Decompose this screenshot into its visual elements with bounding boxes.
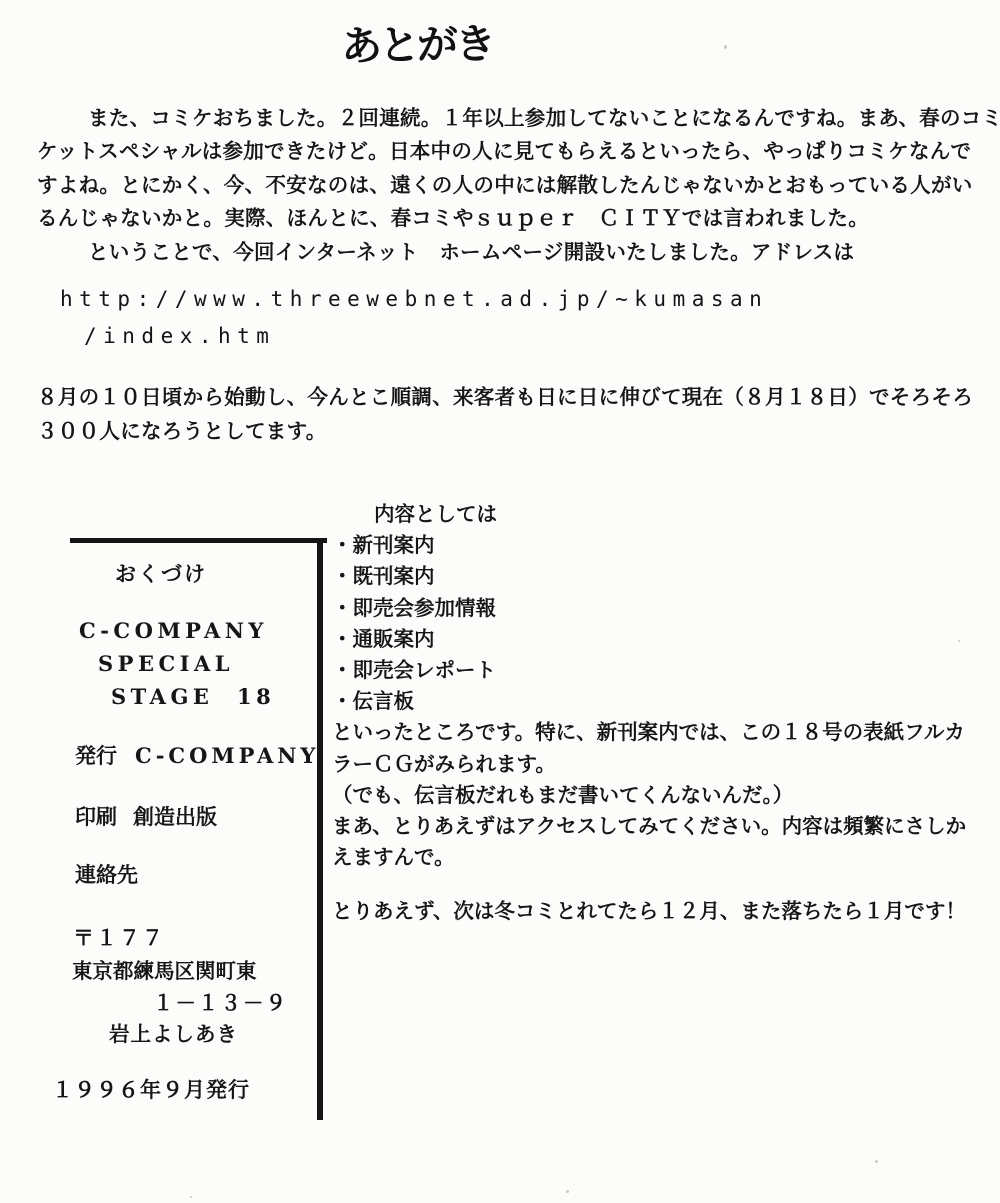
visitor-stats-paragraph: ８月の１０日頃から始動し、今んとこ順調、来客者も日に日に伸びて現在（８月１８日）… — [37, 380, 977, 448]
contents-note: ラーＣＧがみられます。 — [332, 749, 977, 780]
site-contents-section: 内容としては ・新刊案内 ・既刊案内 ・即売会参加情報 ・通販案内 ・即売会レポ… — [332, 499, 977, 928]
colophon-box-right-rule — [317, 538, 323, 1120]
homepage-url-line1: http://www.threewebnet.ad.jp/~kumasan — [60, 281, 768, 318]
homepage-url: http://www.threewebnet.ad.jp/~kumasan /i… — [60, 281, 768, 355]
address-line1: 東京都練馬区関町東 — [72, 954, 257, 984]
publisher-name: C-COMPANY — [135, 743, 319, 768]
colophon-box-top-rule — [70, 538, 327, 543]
contents-item: ・伝言板 — [332, 686, 977, 717]
intro-line: すよね。とにかく、今、不安なのは、遠くの人の中には解散したんじゃないかとおもって… — [37, 169, 977, 202]
contents-item: ・既刊案内 — [332, 561, 977, 592]
page-title: あとがき — [340, 11, 493, 73]
contact-label: 連絡先 — [75, 859, 138, 889]
intro-line: るんじゃないかと。実際、ほんとに、春コミやｓｕｐｅｒ ＣＩＴＹでは言われました。 — [37, 202, 977, 235]
scan-noise-speck — [875, 1160, 878, 1163]
contents-note: まあ、とりあえずはアクセスしてみてください。内容は頻繁にさしか — [332, 811, 977, 842]
intro-paragraph: また、コミケおちました。２回連続。１年以上参加してないことになるんですね。まあ、… — [37, 102, 977, 269]
scan-noise-speck — [190, 1196, 192, 1198]
contents-item: ・即売会レポート — [332, 655, 977, 686]
printer-label: 印刷 — [75, 804, 117, 829]
contents-item: ・通販案内 — [332, 624, 977, 655]
publisher-label: 発行 — [75, 743, 117, 768]
series-title-line3: STAGE 18 — [111, 684, 275, 709]
contents-note: えますんで。 — [332, 842, 977, 873]
contents-heading: 内容としては — [332, 499, 977, 530]
homepage-url-line2: /index.htm — [60, 318, 768, 355]
intro-line: ということで、今回インターネット ホームページ開設いたしました。アドレスは — [37, 236, 977, 269]
afterword-page: あとがき また、コミケおちました。２回連続。１年以上参加してないことになるんです… — [0, 0, 1000, 1203]
contents-note: （でも、伝言板だれもまだ書いてくんないんだ。） — [332, 780, 977, 811]
contents-item: ・即売会参加情報 — [332, 593, 977, 624]
contents-note: といったところです。特に、新刊案内では、この１８号の表紙フルカ — [332, 717, 977, 748]
stats-line: ８月の１０日頃から始動し、今んとこ順調、来客者も日に日に伸びて現在（８月１８日）… — [37, 380, 977, 414]
address-line2: １－１３－９ — [153, 986, 288, 1016]
printer-name: 創造出版 — [133, 804, 217, 829]
scan-noise-speck — [724, 45, 727, 49]
series-title-line2: SPECIAL — [98, 651, 234, 676]
colophon-label: おくづけ — [115, 558, 207, 588]
printer-row: 印刷創造出版 — [75, 801, 217, 831]
contents-item: ・新刊案内 — [332, 530, 977, 561]
postal-code: 〒１７７ — [73, 922, 165, 952]
publisher-row: 発行C-COMPANY — [75, 740, 319, 770]
scan-noise-speck — [958, 640, 960, 642]
contact-name: 岩上よしあき — [109, 1017, 238, 1047]
series-title-line1: C-COMPANY — [79, 618, 268, 643]
scan-noise-speck — [566, 1190, 569, 1193]
intro-line: ケットスペシャルは参加できたけど。日本中の人に見てもらえるといったら、やっぱりコ… — [37, 135, 977, 168]
publication-date: １９９６年９月発行 — [52, 1074, 250, 1104]
closing-remark: とりあえず、次は冬コミとれてたら１２月、また落ちたら１月です！ — [332, 896, 977, 927]
stats-line: ３００人になろうとしてます。 — [37, 414, 977, 448]
intro-line: また、コミケおちました。２回連続。１年以上参加してないことになるんですね。まあ、… — [37, 102, 977, 135]
